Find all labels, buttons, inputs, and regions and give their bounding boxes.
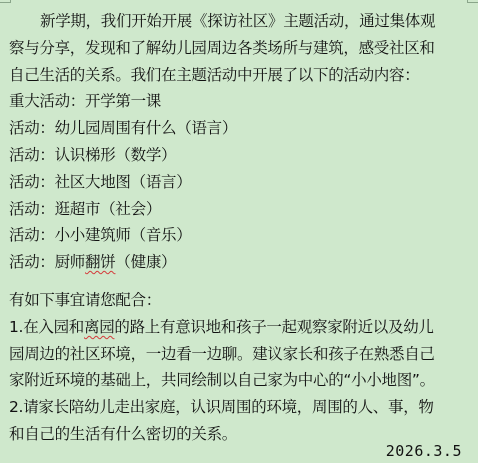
margin-corner-mark-left: [0, 0, 11, 3]
activity-subject: （健康）: [115, 253, 176, 271]
activity-subject: （语言）: [176, 119, 237, 137]
major-activity: 重大活动：开学第一课: [9, 88, 465, 115]
activity-name: 幼儿园周围有什么: [55, 119, 177, 137]
activity-prefix: 活动：: [9, 200, 55, 218]
intro-line-2: 察与分享，发现和了解幼儿园周边各类场所与建筑，感受社区和: [9, 35, 465, 62]
activity-item: 活动：认识梯形（数学）: [9, 142, 465, 169]
activity-item: 活动：社区大地图（语言）: [9, 169, 465, 196]
activity-prefix: 活动：: [9, 253, 55, 271]
text-run: 的路上有意识地和孩子一起观察家附近以及幼儿: [114, 318, 433, 336]
spellcheck-flagged-word[interactable]: 离园: [84, 318, 114, 336]
cooperation-item-1-line-2: 园周边的社区环境，一边看一边聊。建议家长和孩子在熟悉自己: [9, 341, 465, 368]
activity-prefix: 活动：: [9, 146, 55, 164]
text-run: 1.在入园和: [9, 318, 84, 336]
activity-name: 社区大地图: [55, 173, 131, 191]
document-date: 2026.3.5: [386, 442, 462, 460]
margin-corner-mark-right: [467, 0, 478, 3]
intro-line-1: 新学期，我们开始开展《探访社区》主题活动，通过集体观: [9, 8, 465, 35]
spellcheck-flagged-word[interactable]: 翻饼: [85, 253, 115, 271]
cooperation-item-2-line-1: 2.请家长陪幼儿走出家庭，认识周围的环境，周围的人、事，物: [9, 394, 465, 421]
activity-prefix: 活动：: [9, 226, 55, 244]
document-page: 新学期，我们开始开展《探访社区》主题活动，通过集体观 察与分享，发现和了解幼儿园…: [0, 0, 478, 463]
document-body[interactable]: 新学期，我们开始开展《探访社区》主题活动，通过集体观 察与分享，发现和了解幼儿园…: [9, 8, 465, 448]
activity-subject: （音乐）: [131, 226, 192, 244]
activity-prefix: 活动：: [9, 119, 55, 137]
activity-subject: （语言）: [131, 173, 192, 191]
activity-name: 逛超市: [55, 200, 101, 218]
cooperation-item-1-line-1: 1.在入园和离园的路上有意识地和孩子一起观察家附近以及幼儿: [9, 314, 465, 341]
activity-item: 活动：逛超市（社会）: [9, 196, 465, 223]
activity-name: 认识梯形: [55, 146, 116, 164]
activity-name-part: 厨师: [55, 253, 85, 271]
activity-prefix: 活动：: [9, 173, 55, 191]
cooperation-heading: 有如下事宜请您配合：: [9, 287, 465, 314]
intro-line-3: 自己生活的关系。我们在主题活动中开展了以下的活动内容：: [9, 62, 465, 89]
activity-item: 活动：幼儿园周围有什么（语言）: [9, 115, 465, 142]
activity-item: 活动：小小建筑师（音乐）: [9, 222, 465, 249]
activity-item: 活动：厨师翻饼（健康）: [9, 249, 465, 276]
blank-line: [9, 276, 465, 287]
activity-subject: （数学）: [115, 146, 176, 164]
activity-name: 小小建筑师: [55, 226, 131, 244]
cooperation-item-1-line-3: 家附近环境的基础上，共同绘制以自己家为中心的“小小地图”。: [9, 367, 465, 394]
activity-subject: （社会）: [100, 200, 161, 218]
